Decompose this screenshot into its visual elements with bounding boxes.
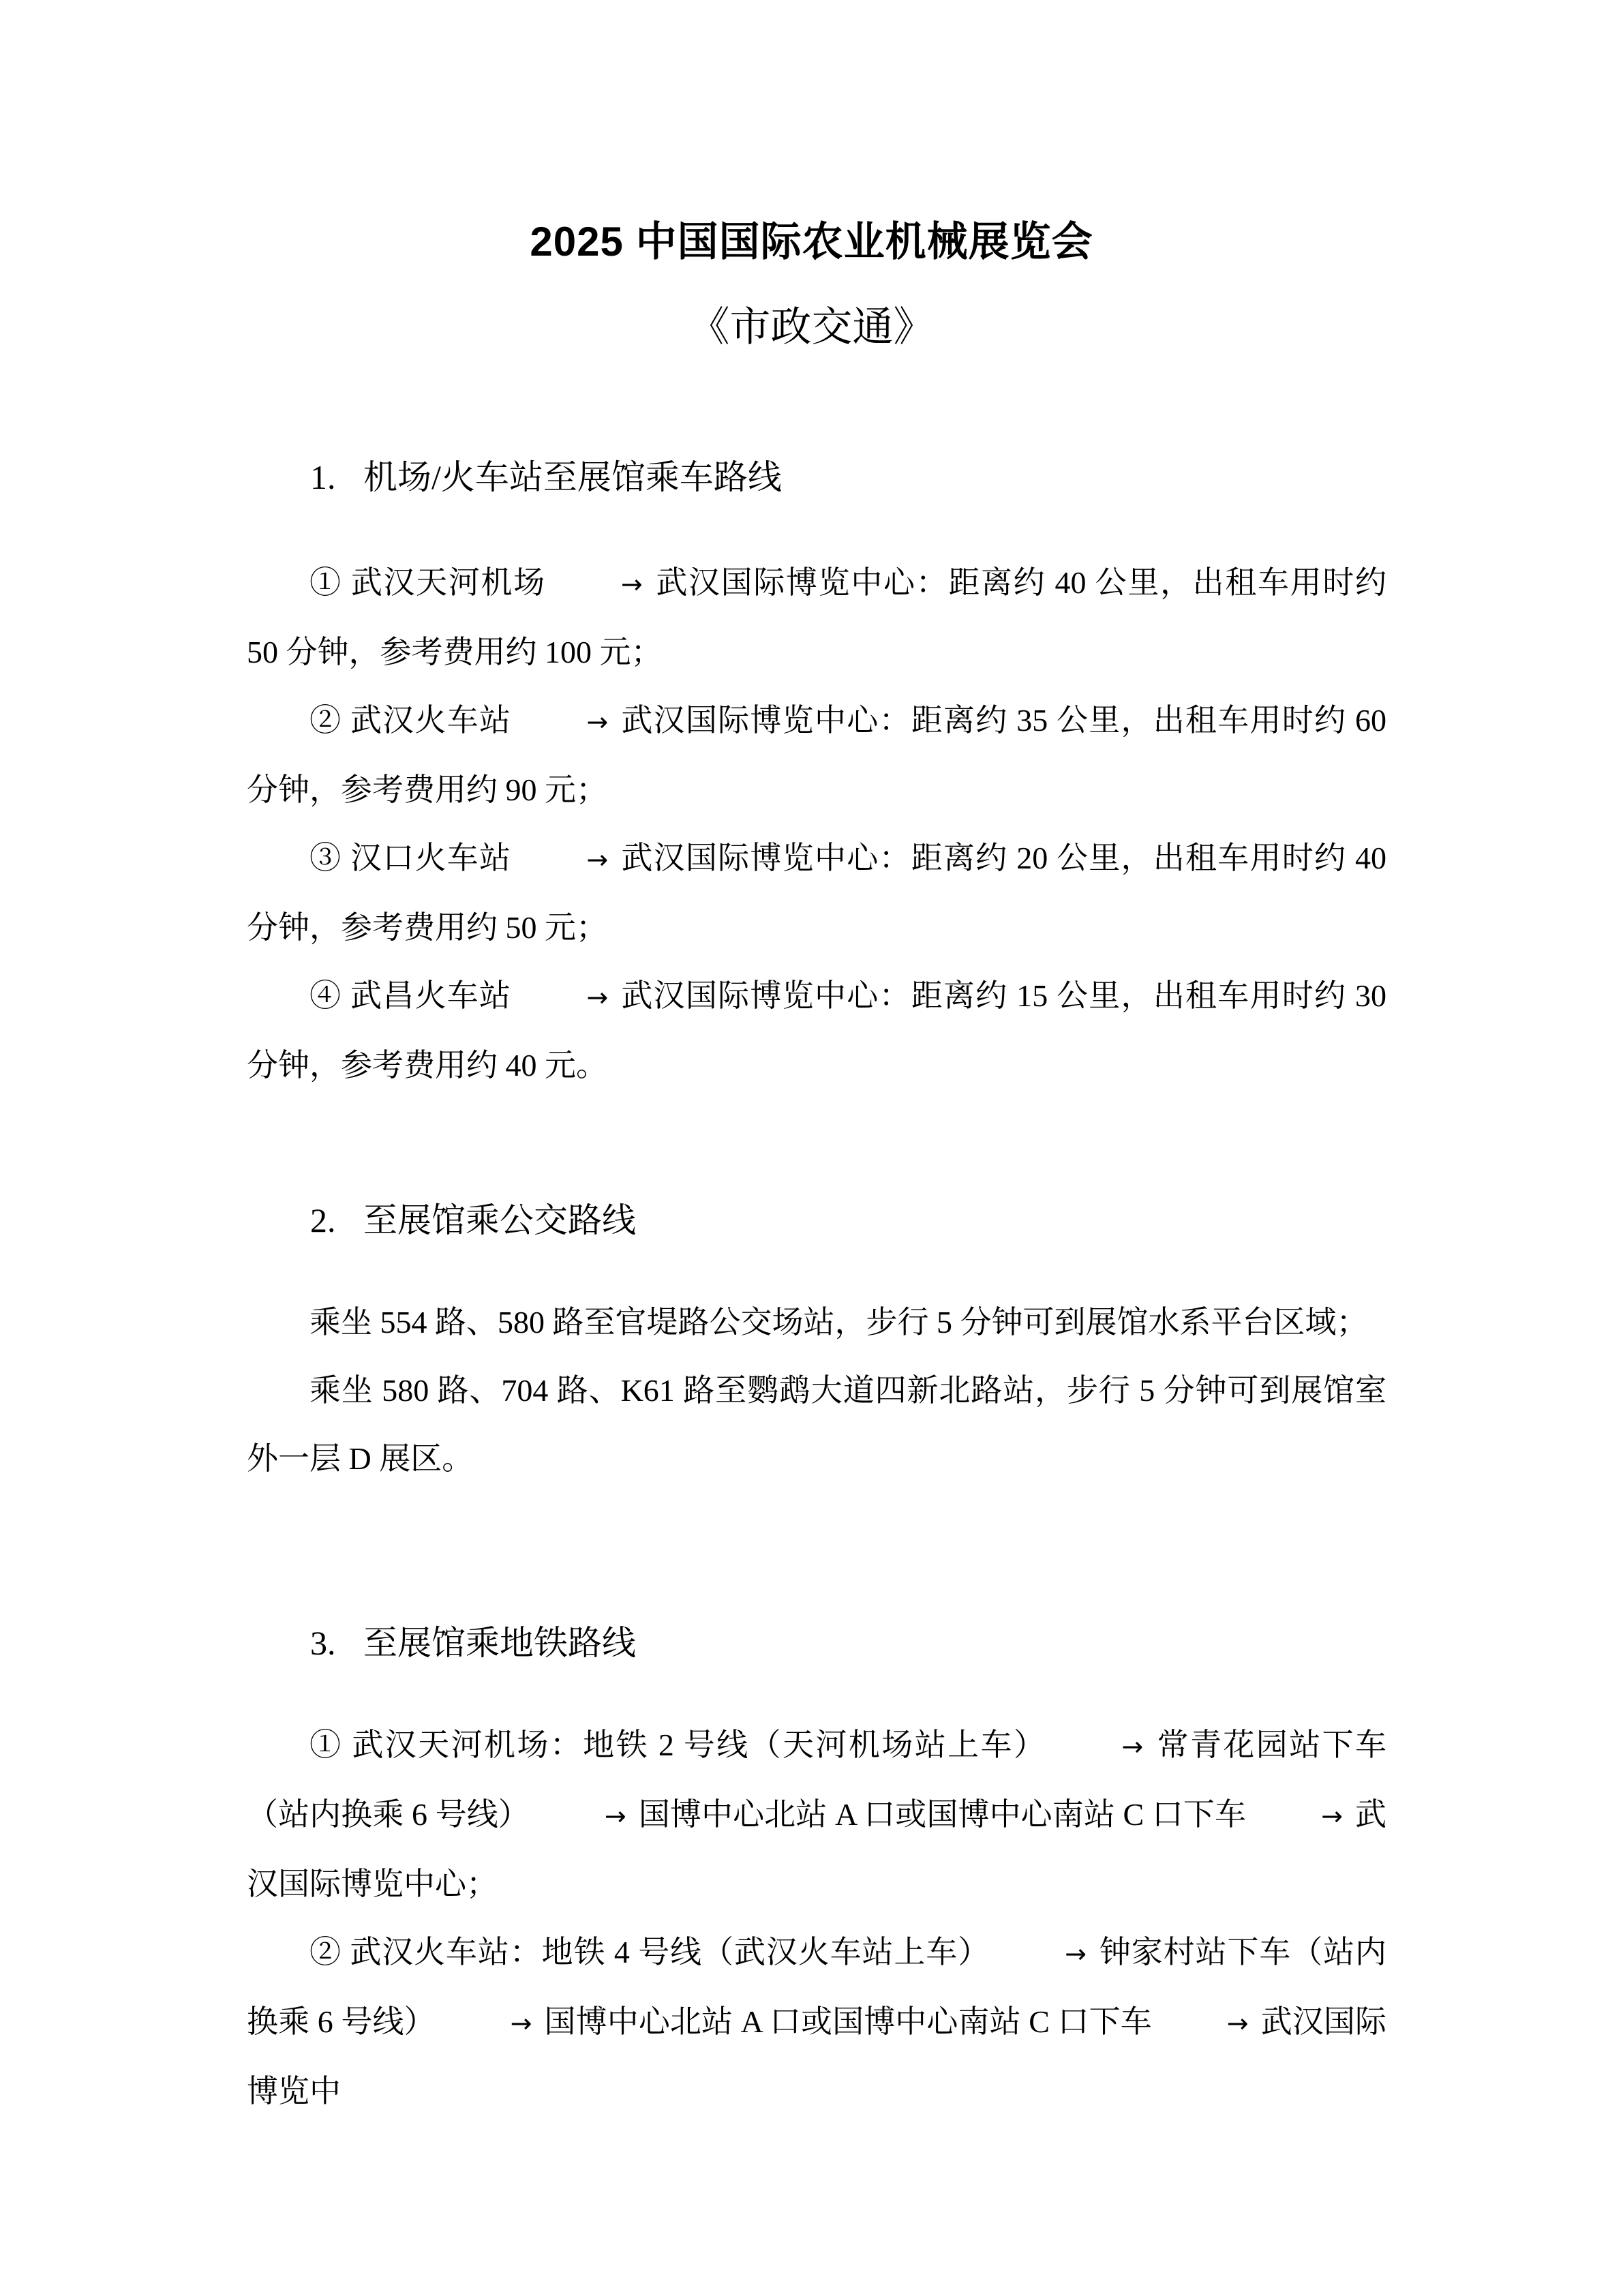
arrow-right-icon: →: [1164, 1989, 1249, 2057]
section-heading-metro: 3.至展馆乘地铁路线: [310, 1609, 636, 1677]
item-marker: ①: [309, 1727, 342, 1762]
arrow-right-icon: →: [542, 1782, 626, 1850]
item-marker: ②: [309, 703, 342, 738]
section-number: 2.: [310, 1186, 363, 1254]
section-number: 1.: [310, 443, 363, 511]
arrow-right-icon: →: [1002, 1920, 1087, 1988]
document-page: 2025 中国国际农业机械展览会 《市政交通》 1.机场/火车站至展馆乘车路线 …: [0, 0, 1623, 2296]
item-marker: ④: [309, 978, 342, 1013]
arrow-right-icon: →: [448, 1989, 532, 2057]
paragraph: 乘坐 580 路、704 路、K61 路至鹦鹉大道四新北路站，步行 5 分钟可到…: [247, 1357, 1386, 1493]
arrow-right-icon: →: [524, 688, 608, 756]
arrow-right-icon: →: [1059, 1712, 1143, 1781]
list-item: ② 武汉火车站：地铁 4 号线（武汉火车站上车）→钟家村站下车（站内换乘 6 号…: [247, 1918, 1386, 2126]
section-title: 至展馆乘公交路线: [363, 1201, 636, 1239]
section-2-body: 乘坐 554 路、580 路至官堤路公交场站，步行 5 分钟可到展馆水系平台区域…: [247, 1288, 1386, 1493]
arrow-right-icon: →: [524, 963, 608, 1031]
arrow-right-icon: →: [558, 550, 643, 618]
section-3-body: ① 武汉天河机场：地铁 2 号线（天河机场站上车）→常青花园站下车（站内换乘 6…: [247, 1711, 1386, 2126]
route-segment: 武汉天河机场：地铁 2 号线（天河机场站上车）: [352, 1727, 1046, 1762]
item-origin: 武昌火车站: [350, 978, 511, 1013]
list-item: ③ 汉口火车站→武汉国际博览中心：距离约 20 公里，出租车用时约 40 分钟，…: [247, 824, 1386, 962]
route-segment: 武汉火车站：地铁 4 号线（武汉火车站上车）: [350, 1935, 990, 1969]
list-item: ① 武汉天河机场：地铁 2 号线（天河机场站上车）→常青花园站下车（站内换乘 6…: [247, 1711, 1386, 1918]
paragraph: 乘坐 554 路、580 路至官堤路公交场站，步行 5 分钟可到展馆水系平台区域…: [247, 1288, 1386, 1357]
section-title: 机场/火车站至展馆乘车路线: [363, 458, 782, 496]
route-segment: 国博中心北站 A 口或国博中心南站 C 口下车: [544, 2004, 1151, 2039]
section-1-body: ① 武汉天河机场→武汉国际博览中心：距离约 40 公里，出租车用时约 50 分钟…: [247, 549, 1386, 1100]
arrow-right-icon: →: [1258, 1782, 1343, 1850]
section-number: 3.: [310, 1609, 363, 1677]
section-heading-bus: 2.至展馆乘公交路线: [310, 1186, 636, 1254]
item-origin: 汉口火车站: [350, 841, 511, 875]
list-item: ② 武汉火车站→武汉国际博览中心：距离约 35 公里，出租车用时约 60 分钟，…: [247, 686, 1386, 824]
list-item: ① 武汉天河机场→武汉国际博览中心：距离约 40 公里，出租车用时约 50 分钟…: [247, 549, 1386, 686]
document-subtitle: 《市政交通》: [0, 300, 1623, 354]
item-origin: 武汉火车站: [350, 703, 511, 738]
item-marker: ②: [309, 1935, 342, 1969]
item-marker: ③: [309, 841, 342, 875]
document-title: 2025 中国国际农业机械展览会: [0, 215, 1623, 269]
route-segment: 国博中心北站 A 口或国博中心南站 C 口下车: [639, 1797, 1246, 1832]
arrow-right-icon: →: [524, 826, 608, 894]
list-item: ④ 武昌火车站→武汉国际博览中心：距离约 15 公里，出租车用时约 30 分钟，…: [247, 962, 1386, 1100]
section-title: 至展馆乘地铁路线: [363, 1624, 636, 1662]
section-heading-airport-station: 1.机场/火车站至展馆乘车路线: [310, 443, 782, 511]
item-marker: ①: [309, 565, 342, 600]
item-origin: 武汉天河机场: [351, 565, 546, 600]
